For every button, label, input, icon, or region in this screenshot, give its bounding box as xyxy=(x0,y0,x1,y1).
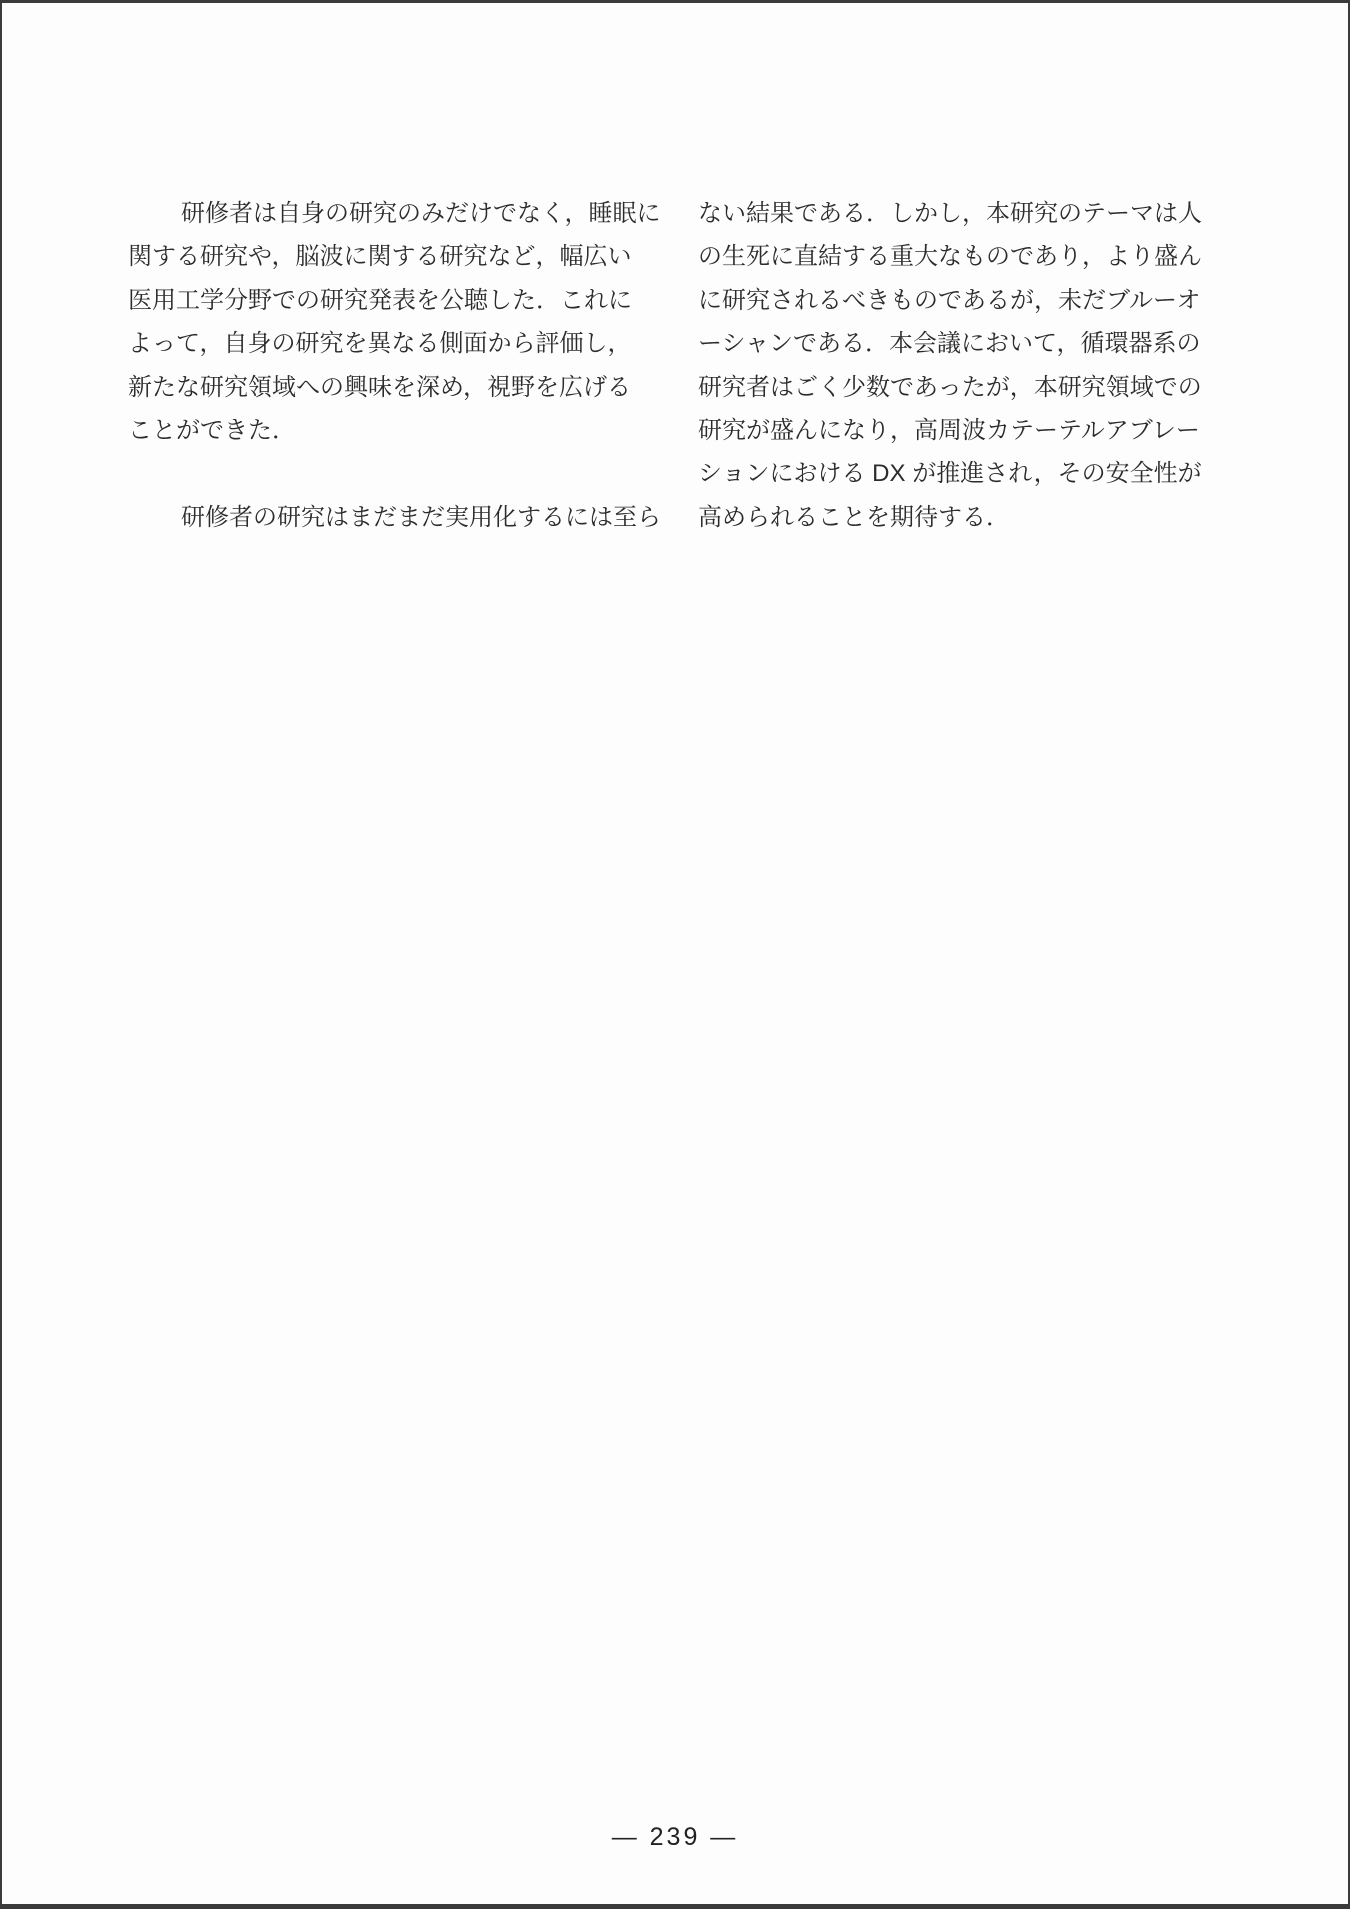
document-page: 研修者は自身の研究のみだけでなく，睡眠に 関する研究や，脳波に関する研究など，幅… xyxy=(0,0,1350,1909)
text-line: の生死に直結する重大なものであり，より盛ん xyxy=(698,235,1178,278)
text-column-right: ない結果である．しかし，本研究のテーマは人 の生死に直結する重大なものであり，よ… xyxy=(698,192,1178,539)
text-line: 新たな研究領域への興味を深め，視野を広げる xyxy=(128,366,629,409)
scan-border-left xyxy=(0,0,2,1909)
scan-border-top xyxy=(0,0,1350,3)
text-line: 研究者はごく少数であったが，本研究領域での xyxy=(698,366,1178,409)
text-line: 高められることを期待する． xyxy=(698,496,1178,539)
text-line: 医用工学分野での研究発表を公聴した．これに xyxy=(128,279,629,322)
text-line: 関する研究や，脳波に関する研究など，幅広い xyxy=(128,235,629,278)
text-line: ションにおける DX が推進され，その安全性が xyxy=(698,452,1178,495)
paragraph: 研修者の研究はまだまだ実用化するには至ら xyxy=(128,496,629,539)
paragraph: 研修者は自身の研究のみだけでなく，睡眠に 関する研究や，脳波に関する研究など，幅… xyxy=(128,192,629,452)
scan-border-bottom xyxy=(0,1904,1350,1909)
paragraph: ない結果である．しかし，本研究のテーマは人 の生死に直結する重大なものであり，よ… xyxy=(698,192,1178,539)
text-line: 研修者の研究はまだまだ実用化するには至ら xyxy=(128,496,629,539)
text-line: ーシャンである．本会議において，循環器系の xyxy=(698,322,1178,365)
text-line: よって，自身の研究を異なる側面から評価し， xyxy=(128,322,629,365)
text-line: 研修者は自身の研究のみだけでなく，睡眠に xyxy=(128,192,629,235)
text-line: に研究されるべきものであるが，未だブルーオ xyxy=(698,279,1178,322)
page-number: — 239 — xyxy=(0,1822,1350,1852)
text-line: ことができた． xyxy=(128,409,629,452)
text-line: 研究が盛んになり，高周波カテーテルアブレー xyxy=(698,409,1178,452)
text-column-left: 研修者は自身の研究のみだけでなく，睡眠に 関する研究や，脳波に関する研究など，幅… xyxy=(128,192,629,539)
text-line: ない結果である．しかし，本研究のテーマは人 xyxy=(698,192,1178,235)
